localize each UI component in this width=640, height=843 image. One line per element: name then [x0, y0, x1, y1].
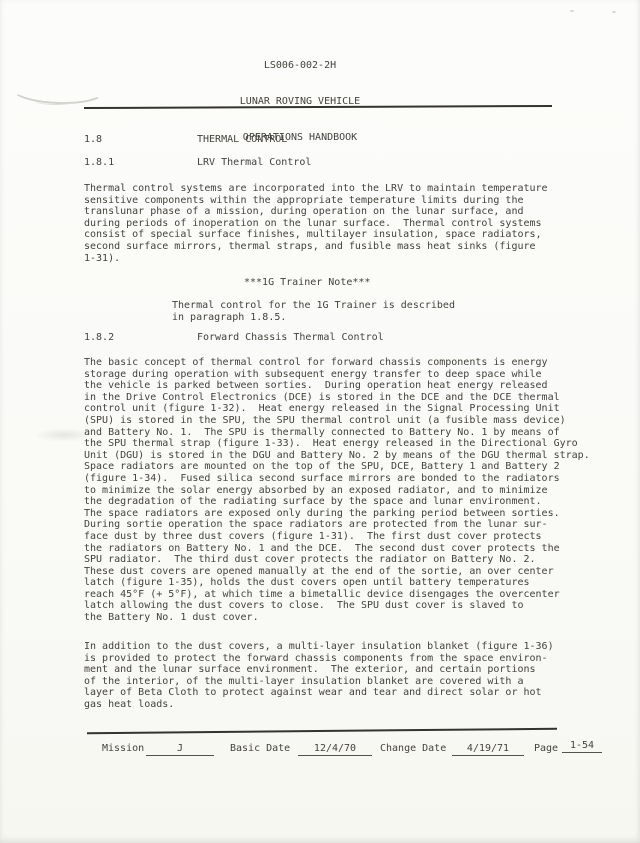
change-date-value: 4/19/71 [452, 743, 524, 756]
paragraph-insulation-blanket: In addition to the dust covers, a multi-… [84, 641, 554, 711]
footer-rule [87, 728, 557, 735]
paragraph-lrv-thermal-control: Thermal control systems are incorporated… [84, 183, 548, 264]
trainer-note-body: Thermal control for the 1G Trainer is de… [172, 300, 455, 323]
basic-date-value: 12/4/70 [298, 743, 372, 756]
page-label: Page [534, 743, 558, 754]
section-title-1-8-2: Forward Chassis Thermal Control [197, 332, 384, 343]
section-title-1-8-1: LRV Thermal Control [197, 157, 311, 168]
scan-speck-artifact [570, 10, 574, 12]
mission-value: J [146, 743, 214, 756]
section-number-1-8-2: 1.8.2 [84, 332, 114, 343]
basic-date-label: Basic Date [230, 743, 290, 754]
change-date-label: Change Date [380, 743, 446, 754]
document-page: LS006-002-2H LUNAR ROVING VEHICLE OPERAT… [0, 0, 640, 843]
section-number-1-8-1: 1.8.1 [84, 157, 114, 168]
mission-label: Mission [102, 743, 144, 754]
scan-speck-artifact [612, 11, 616, 13]
section-number-1-8: 1.8 [84, 134, 102, 145]
section-title-1-8: THERMAL CONTROL [197, 134, 287, 145]
trainer-note-title: ***1G Trainer Note*** [244, 277, 370, 288]
page-value: 1-54 [562, 740, 602, 753]
document-header: LS006-002-2H LUNAR ROVING VEHICLE OPERAT… [0, 36, 600, 168]
paragraph-forward-chassis: The basic concept of thermal control for… [84, 357, 590, 624]
document-number: LS006-002-2H [0, 60, 600, 72]
